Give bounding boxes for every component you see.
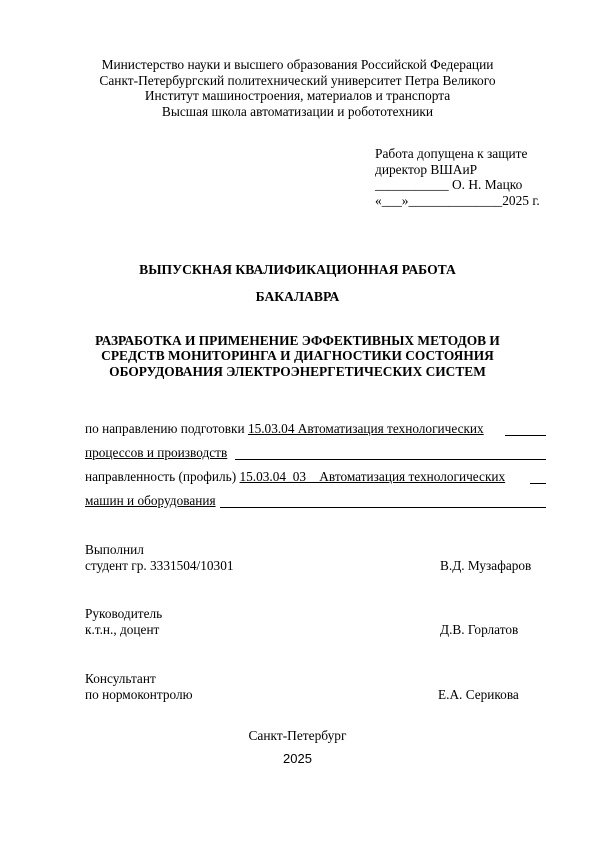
organization-header: Министерство науки и высшего образования… [0, 57, 595, 119]
topic-line: СРЕДСТВ МОНИТОРИНГА И ДИАГНОСТИКИ СОСТОЯ… [0, 348, 595, 363]
document-type-title: ВЫПУСКНАЯ КВАЛИФИКАЦИОННАЯ РАБОТА [0, 262, 595, 278]
topic-line: РАЗРАБОТКА И ПРИМЕНЕНИЕ ЭФФЕКТИВНЫХ МЕТО… [0, 333, 595, 348]
profile-value: 15.03.04_03 Автоматизация технологически… [240, 469, 506, 484]
supervisor-name: Д.В. Горлатов [440, 622, 518, 638]
consultant-position: по нормоконтролю [85, 687, 193, 703]
student-signature-block: Выполнил студент гр. 3331504/10301 [85, 542, 234, 573]
supervisor-signature-block: Руководитель к.т.н., доцент [85, 606, 162, 637]
topic-line: ОБОРУДОВАНИЯ ЭЛЕКТРОЭНЕРГЕТИЧЕСКИХ СИСТЕ… [0, 364, 595, 379]
profile-field-line-1: направленность (профиль) 15.03.04_03 Авт… [85, 469, 546, 485]
supervisor-position: к.т.н., доцент [85, 622, 162, 638]
consultant-name: Е.А. Серикова [438, 687, 519, 703]
underline-rule [505, 435, 546, 436]
consultant-role: Консультант [85, 671, 193, 687]
approval-line-date: «___»______________2025 г. [375, 193, 540, 209]
student-name: В.Д. Музафаров [440, 558, 531, 574]
university-line: Санкт-Петербургский политехнический унив… [0, 73, 595, 89]
student-position: студент гр. 3331504/10301 [85, 558, 234, 574]
year: 2025 [0, 751, 595, 767]
institute-line: Институт машиностроения, материалов и тр… [0, 88, 595, 104]
profile-label: направленность (профиль) [85, 469, 240, 484]
direction-value: 15.03.04 Автоматизация технологических [248, 421, 484, 436]
underline-rule [220, 507, 546, 508]
document-degree-title: БАКАЛАВРА [0, 289, 595, 305]
underline-rule [530, 483, 546, 484]
direction-value-continued: процессов и производств [85, 445, 227, 460]
direction-label: по направлению подготовки [85, 421, 248, 436]
consultant-signature-block: Консультант по нормоконтролю [85, 671, 193, 702]
approval-line-admitted: Работа допущена к защите [375, 146, 540, 162]
profile-field-line-2: машин и оборудования [85, 493, 546, 509]
school-line: Высшая школа автоматизации и робототехни… [0, 104, 595, 120]
approval-line-director: директор ВШАиР [375, 162, 540, 178]
city: Санкт-Петербург [0, 728, 595, 744]
underline-rule [235, 459, 546, 460]
student-role: Выполнил [85, 542, 234, 558]
ministry-line: Министерство науки и высшего образования… [0, 57, 595, 73]
supervisor-role: Руководитель [85, 606, 162, 622]
approval-block: Работа допущена к защите директор ВШАиР … [375, 146, 540, 208]
direction-field-line-2: процессов и производств [85, 445, 546, 461]
direction-field-line-1: по направлению подготовки 15.03.04 Автом… [85, 421, 546, 437]
approval-line-signature: ___________ О. Н. Мацко [375, 177, 540, 193]
profile-value-continued: машин и оборудования [85, 493, 216, 508]
thesis-topic: РАЗРАБОТКА И ПРИМЕНЕНИЕ ЭФФЕКТИВНЫХ МЕТО… [0, 333, 595, 379]
